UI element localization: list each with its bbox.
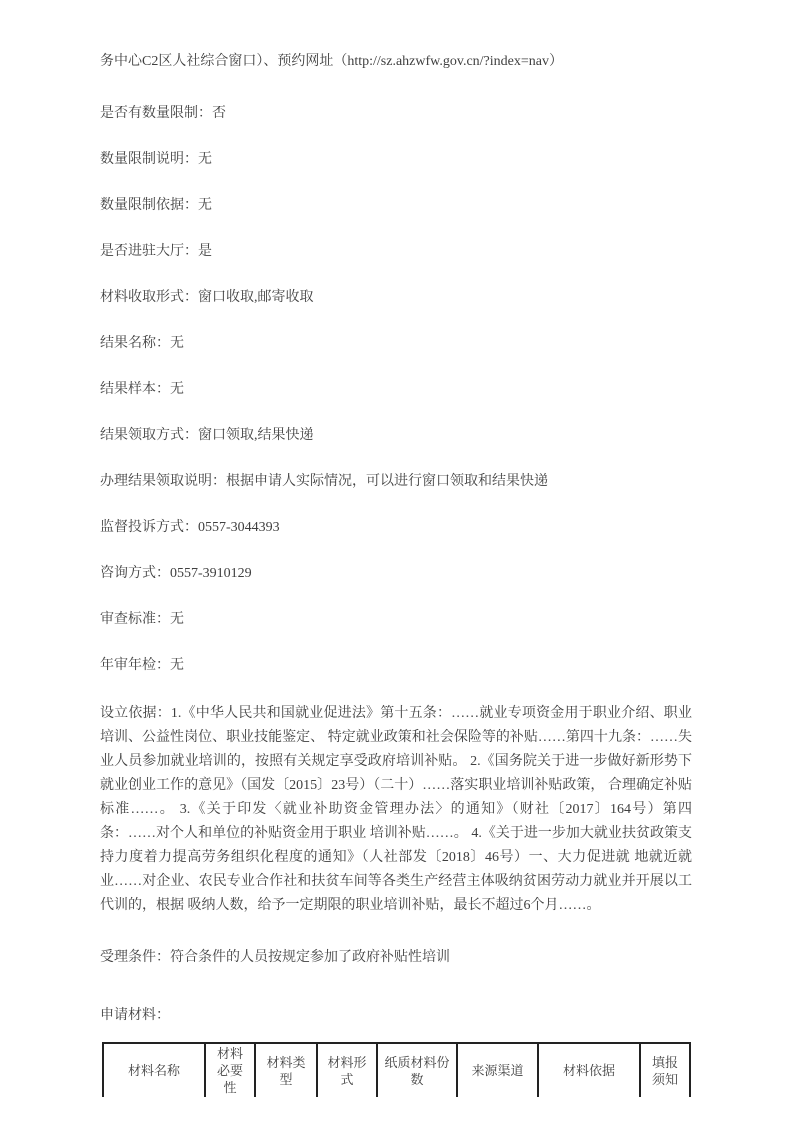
materials-table-header-cell: 材料类型 bbox=[254, 1044, 316, 1097]
materials-heading: 申请材料： bbox=[100, 1006, 692, 1026]
field-line: 数量限制说明：无 bbox=[100, 150, 692, 170]
materials-table-header-label: 材料名称 bbox=[128, 1062, 180, 1079]
field-line: 是否进驻大厅：是 bbox=[100, 242, 692, 262]
materials-table-header-label: 材料类型 bbox=[261, 1054, 311, 1088]
field-lines: 是否有数量限制：否 数量限制说明：无 数量限制依据：无 是否进驻大厅：是 材料收… bbox=[100, 104, 692, 676]
materials-table-header-label: 材料依据 bbox=[563, 1062, 615, 1079]
materials-table-header-row: 材料名称 材料必要性 材料类型 材料形式 纸质材料份数 bbox=[102, 1042, 691, 1097]
materials-table-header-cell: 填报须知 bbox=[639, 1044, 691, 1097]
field-line: 结果领取方式：窗口领取,结果快递 bbox=[100, 426, 692, 446]
field-line: 数量限制依据：无 bbox=[100, 196, 692, 216]
field-line: 办理结果领取说明：根据申请人实际情况，可以进行窗口领取和结果快递 bbox=[100, 472, 692, 492]
materials-table-header-label: 纸质材料份数 bbox=[383, 1054, 451, 1088]
document-content: 务中心C2区人社综合窗口）、预约网址（http://sz.ahzwfw.gov.… bbox=[0, 0, 793, 1097]
field-line: 审查标准：无 bbox=[100, 610, 692, 630]
materials-table-header-cell: 材料依据 bbox=[537, 1044, 639, 1097]
field-line: 年审年检：无 bbox=[100, 656, 692, 676]
field-line: 结果样本：无 bbox=[100, 380, 692, 400]
materials-table: 材料名称 材料必要性 材料类型 材料形式 纸质材料份数 bbox=[102, 1042, 691, 1097]
materials-table-header-label: 材料形式 bbox=[323, 1054, 371, 1088]
materials-table-header-cell: 材料名称 bbox=[102, 1044, 204, 1097]
field-line: 结果名称：无 bbox=[100, 334, 692, 354]
materials-table-header-cell: 纸质材料份数 bbox=[376, 1044, 456, 1097]
materials-table-header-label: 填报须知 bbox=[646, 1054, 684, 1088]
field-line: 是否有数量限制：否 bbox=[100, 104, 692, 124]
materials-table-header-label: 材料必要性 bbox=[211, 1045, 249, 1096]
field-line: 材料收取形式：窗口收取,邮寄收取 bbox=[100, 288, 692, 308]
field-line: 监督投诉方式：0557-3044393 bbox=[100, 518, 692, 538]
materials-table-header-label: 来源渠道 bbox=[471, 1062, 523, 1079]
document-page: 务中心C2区人社综合窗口）、预约网址（http://sz.ahzwfw.gov.… bbox=[0, 0, 793, 1122]
materials-table-header-cell: 来源渠道 bbox=[456, 1044, 537, 1097]
field-line: 咨询方式：0557-3910129 bbox=[100, 564, 692, 584]
materials-table-header-cell: 材料必要性 bbox=[204, 1044, 254, 1097]
legal-basis-paragraph: 设立依据：1.《中华人民共和国就业促进法》第十五条：……就业专项资金用于职业介绍… bbox=[100, 702, 692, 918]
acceptance-condition-line: 受理条件：符合条件的人员按规定参加了政府补贴性培训 bbox=[100, 948, 692, 968]
materials-table-header-cell: 材料形式 bbox=[316, 1044, 376, 1097]
continuation-line: 务中心C2区人社综合窗口）、预约网址（http://sz.ahzwfw.gov.… bbox=[100, 52, 692, 72]
